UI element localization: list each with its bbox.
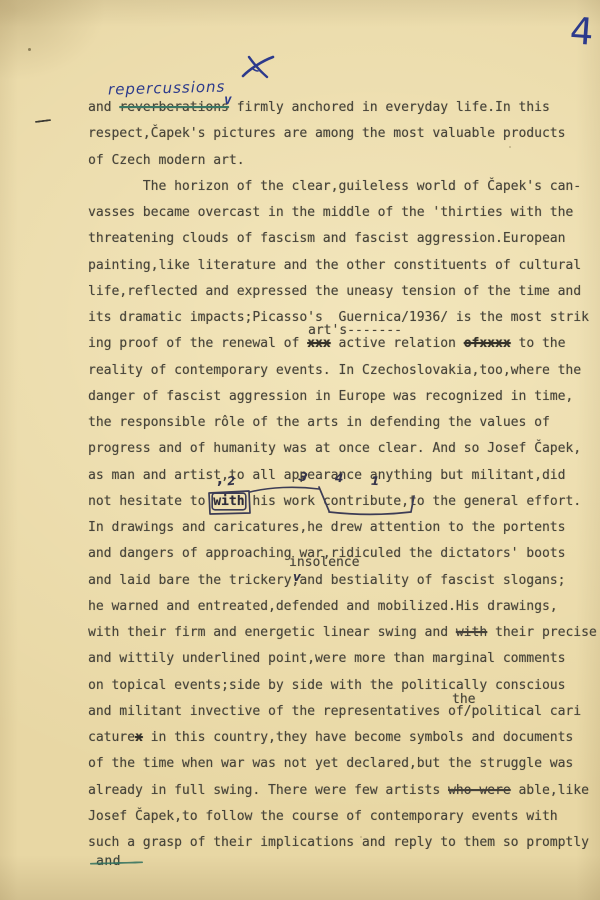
text-segment: progress and of humanity was at once cle… (88, 441, 581, 456)
text-segment: of the time when war was not yet declare… (88, 756, 573, 771)
typescript-line: with their firm and energetic linear swi… (88, 620, 600, 646)
text-segment: active relation (331, 336, 464, 351)
typescript-line: progress and of humanity was at once cle… (88, 436, 600, 462)
typescript-line: reality of contemporary events. In Czech… (88, 358, 600, 384)
text-segment: already in full swing. There were few ar… (88, 783, 448, 798)
text-segment: reality of contemporary events. In Czech… (88, 363, 581, 378)
insertion-caret-icon: v (293, 570, 301, 584)
typescript-line: and militant invective of the representa… (88, 699, 600, 725)
text-segment: reverberations (119, 100, 229, 115)
text-segment: threatening clouds of fascism and fascis… (88, 231, 565, 246)
typescript-line: and laid bare the trickery,and bestialit… (88, 568, 600, 594)
typescript-line: of the time when war was not yet declare… (88, 751, 600, 777)
typescript-line: the responsible rôle of the arts in defe… (88, 410, 600, 436)
typescript-line: vasses became overcast in the middle of … (88, 200, 600, 226)
page-number: 4 (569, 9, 595, 54)
typescript-line: danger of fascist aggression in Europe w… (88, 384, 600, 410)
text-segment: In drawings and caricatures,he drew atte… (88, 520, 565, 535)
typescript-line: Josef Čapek,to follow the course of cont… (88, 804, 600, 830)
text-segment: to the (511, 336, 566, 351)
typescript-line: The horizon of the clear,guileless world… (88, 174, 600, 200)
typescript-line: on topical events;side by side with the … (88, 673, 600, 699)
x-mark-icon (240, 54, 276, 84)
text-segment: and (88, 100, 119, 115)
text-segment: vasses became overcast in the middle of … (88, 205, 573, 220)
text-segment: and laid bare the trickery,and bestialit… (88, 573, 565, 588)
text-segment: painting,like literature and the other c… (88, 258, 581, 273)
typescript-line: life,reflected and expressed the uneasy … (88, 279, 600, 305)
text-segment: life,reflected and expressed the uneasy … (88, 284, 581, 299)
text-segment: and militant invective of the representa… (88, 704, 581, 719)
text-segment: not hesitate to (88, 494, 213, 509)
text-segment: respect,Čapek's pictures are among the m… (88, 126, 565, 141)
text-segment: x (135, 730, 143, 745)
typed-insert-the: the (452, 693, 475, 707)
typescript-line: painting,like literature and the other c… (88, 253, 600, 279)
text-segment: such a grasp of their implications and r… (88, 835, 589, 850)
typescript-line: he warned and entreated,defended and mob… (88, 594, 600, 620)
pen-comma-mark: , (217, 470, 223, 488)
text-segment: he warned and entreated,defended and mob… (88, 599, 558, 614)
typed-insert-insolence: insolence (289, 556, 359, 570)
text-segment: firmly anchored in everyday life.In this (229, 100, 550, 115)
text-segment: the responsible rôle of the arts in defe… (88, 415, 550, 430)
typed-insert-arts: art's------- (308, 324, 402, 338)
text-segment: Josef Čapek,to follow the course of cont… (88, 809, 558, 824)
margin-tick (35, 119, 51, 123)
typescript-line: caturex in this country,they have become… (88, 725, 600, 751)
text-segment: The horizon of the clear,guileless world… (88, 179, 581, 194)
typescript-line: such a grasp of their implications and r… (88, 830, 600, 856)
paper-speck (28, 48, 31, 51)
text-segment: ing proof of the renewal of (88, 336, 307, 351)
text-segment: xxx (307, 336, 330, 351)
text-segment: and wittily underlined point,were more t… (88, 651, 565, 666)
text-segment: cature (88, 730, 135, 745)
text-segment: their precise (487, 625, 597, 640)
text-segment: of Czech modern art. (88, 153, 245, 168)
reorder-number: 4 (335, 471, 344, 485)
text-segment: ofxxxx (464, 336, 511, 351)
text-segment: with (456, 625, 487, 640)
reorder-number: 2 (226, 474, 236, 489)
typescript-page: 4 repercussions v and reverberations fir… (0, 0, 600, 900)
typescript-line: already in full swing. There were few ar… (88, 778, 600, 804)
typescript-line: and wittily underlined point,were more t… (88, 646, 600, 672)
text-segment: who were (448, 783, 511, 798)
typescript-line: respect,Čapek's pictures are among the m… (88, 121, 600, 147)
typescript-line: threatening clouds of fascism and fascis… (88, 226, 600, 252)
typescript-line: of Czech modern art. (88, 148, 600, 174)
reorder-number: 1 (371, 474, 380, 488)
text-segment: on topical events;side by side with the … (88, 678, 565, 693)
typescript-line: and reverberations firmly anchored in ev… (88, 95, 600, 121)
text-segment: able,like (511, 783, 589, 798)
text-segment: in this country,they have become symbols… (143, 730, 573, 745)
text-segment: danger of fascist aggression in Europe w… (88, 389, 573, 404)
text-segment: with their firm and energetic linear swi… (88, 625, 456, 640)
